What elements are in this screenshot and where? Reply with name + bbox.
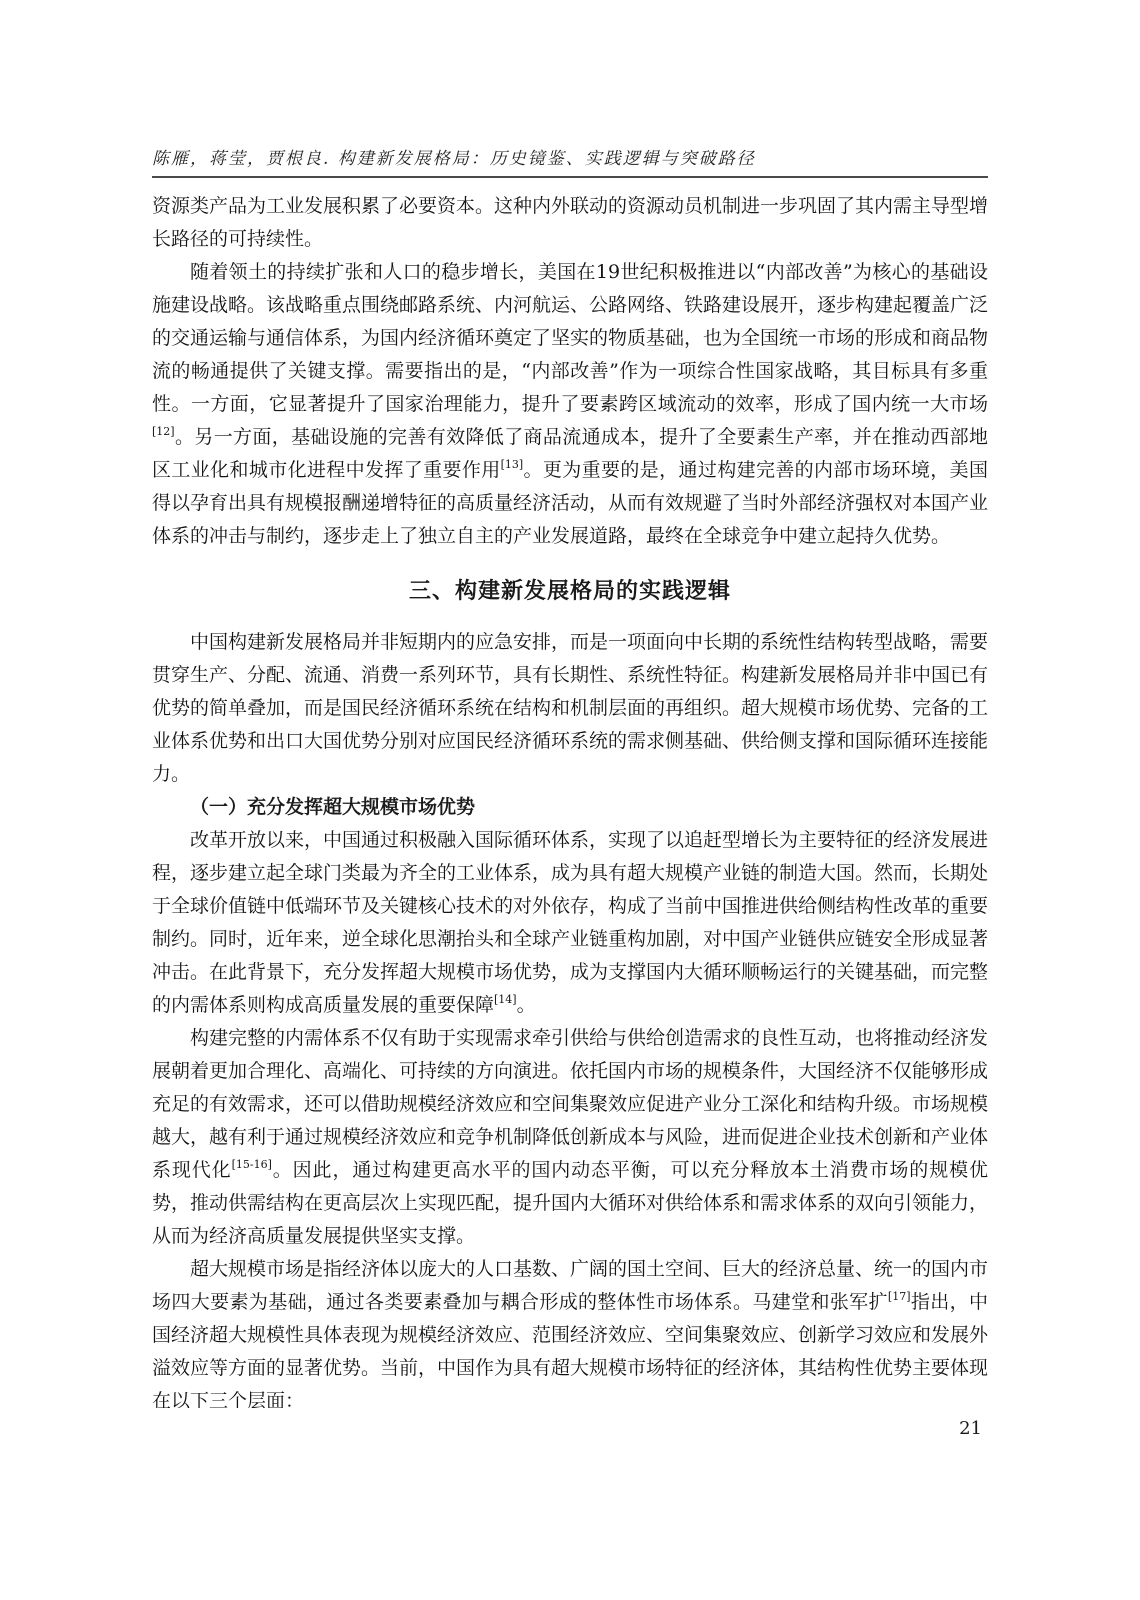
paragraph: 随着领土的持续扩张和人口的稳步增长，美国在19世纪积极推进以“内部改善”为核心的… [152,256,988,553]
text-run: 改革开放以来，中国通过积极融入国际循环体系，实现了以追赶型增长为主要特征的经济发… [152,829,988,1016]
section-heading: 三、构建新发展格局的实践逻辑 [152,575,988,608]
citation-ref: [14] [494,993,517,1006]
text-run: 构建完整的内需体系不仅有助于实现需求牵引供给与供给创造需求的良性互动，也将推动经… [152,1027,988,1181]
paragraph: 中国构建新发展格局并非短期内的应急安排，而是一项面向中长期的系统性结构转型战略，… [152,626,988,791]
paragraph: 改革开放以来，中国通过积极融入国际循环体系，实现了以追赶型增长为主要特征的经济发… [152,824,988,1022]
paper-page: 陈雁，蒋莹，贾根良. 构建新发展格局：历史镜鉴、实践逻辑与突破路径 资源类产品为… [0,0,1140,1600]
article-body: 资源类产品为工业发展积累了必要资本。这种内外联动的资源动员机制进一步巩固了其内需… [152,190,988,1408]
header-rule [152,176,988,178]
citation-ref: [13] [501,458,524,471]
text-run: 随着领土的持续扩张和人口的稳步增长，美国在19世纪积极推进以“内部改善”为核心的… [152,261,988,415]
text-run: 。因此，通过构建更高水平的国内动态平衡，可以充分释放本土消费市场的规模优势，推动… [152,1159,988,1247]
paragraph: 资源类产品为工业发展积累了必要资本。这种内外联动的资源动员机制进一步巩固了其内需… [152,190,988,256]
citation-ref: [15-16] [232,1158,272,1171]
text-run: 超大规模市场是指经济体以庞大的人口基数、广阔的国土空间、巨大的经济总量、统一的国… [152,1258,988,1313]
paragraph: 超大规模市场是指经济体以庞大的人口基数、广阔的国土空间、巨大的经济总量、统一的国… [152,1253,988,1408]
citation-ref: [12] [152,425,175,438]
running-head: 陈雁，蒋莹，贾根良. 构建新发展格局：历史镜鉴、实践逻辑与突破路径 [152,144,988,169]
text-run: 资源类产品为工业发展积累了必要资本。这种内外联动的资源动员机制进一步巩固了其内需… [152,195,988,250]
text-run: 中国构建新发展格局并非短期内的应急安排，而是一项面向中长期的系统性结构转型战略，… [152,631,988,785]
subsection-heading: （一）充分发挥超大规模市场优势 [152,791,988,824]
citation-ref: [17] [888,1290,911,1303]
page-number: 21 [959,1418,982,1439]
paragraph: 构建完整的内需体系不仅有助于实现需求牵引供给与供给创造需求的良性互动，也将推动经… [152,1022,988,1253]
text-run: 。 [517,994,536,1016]
